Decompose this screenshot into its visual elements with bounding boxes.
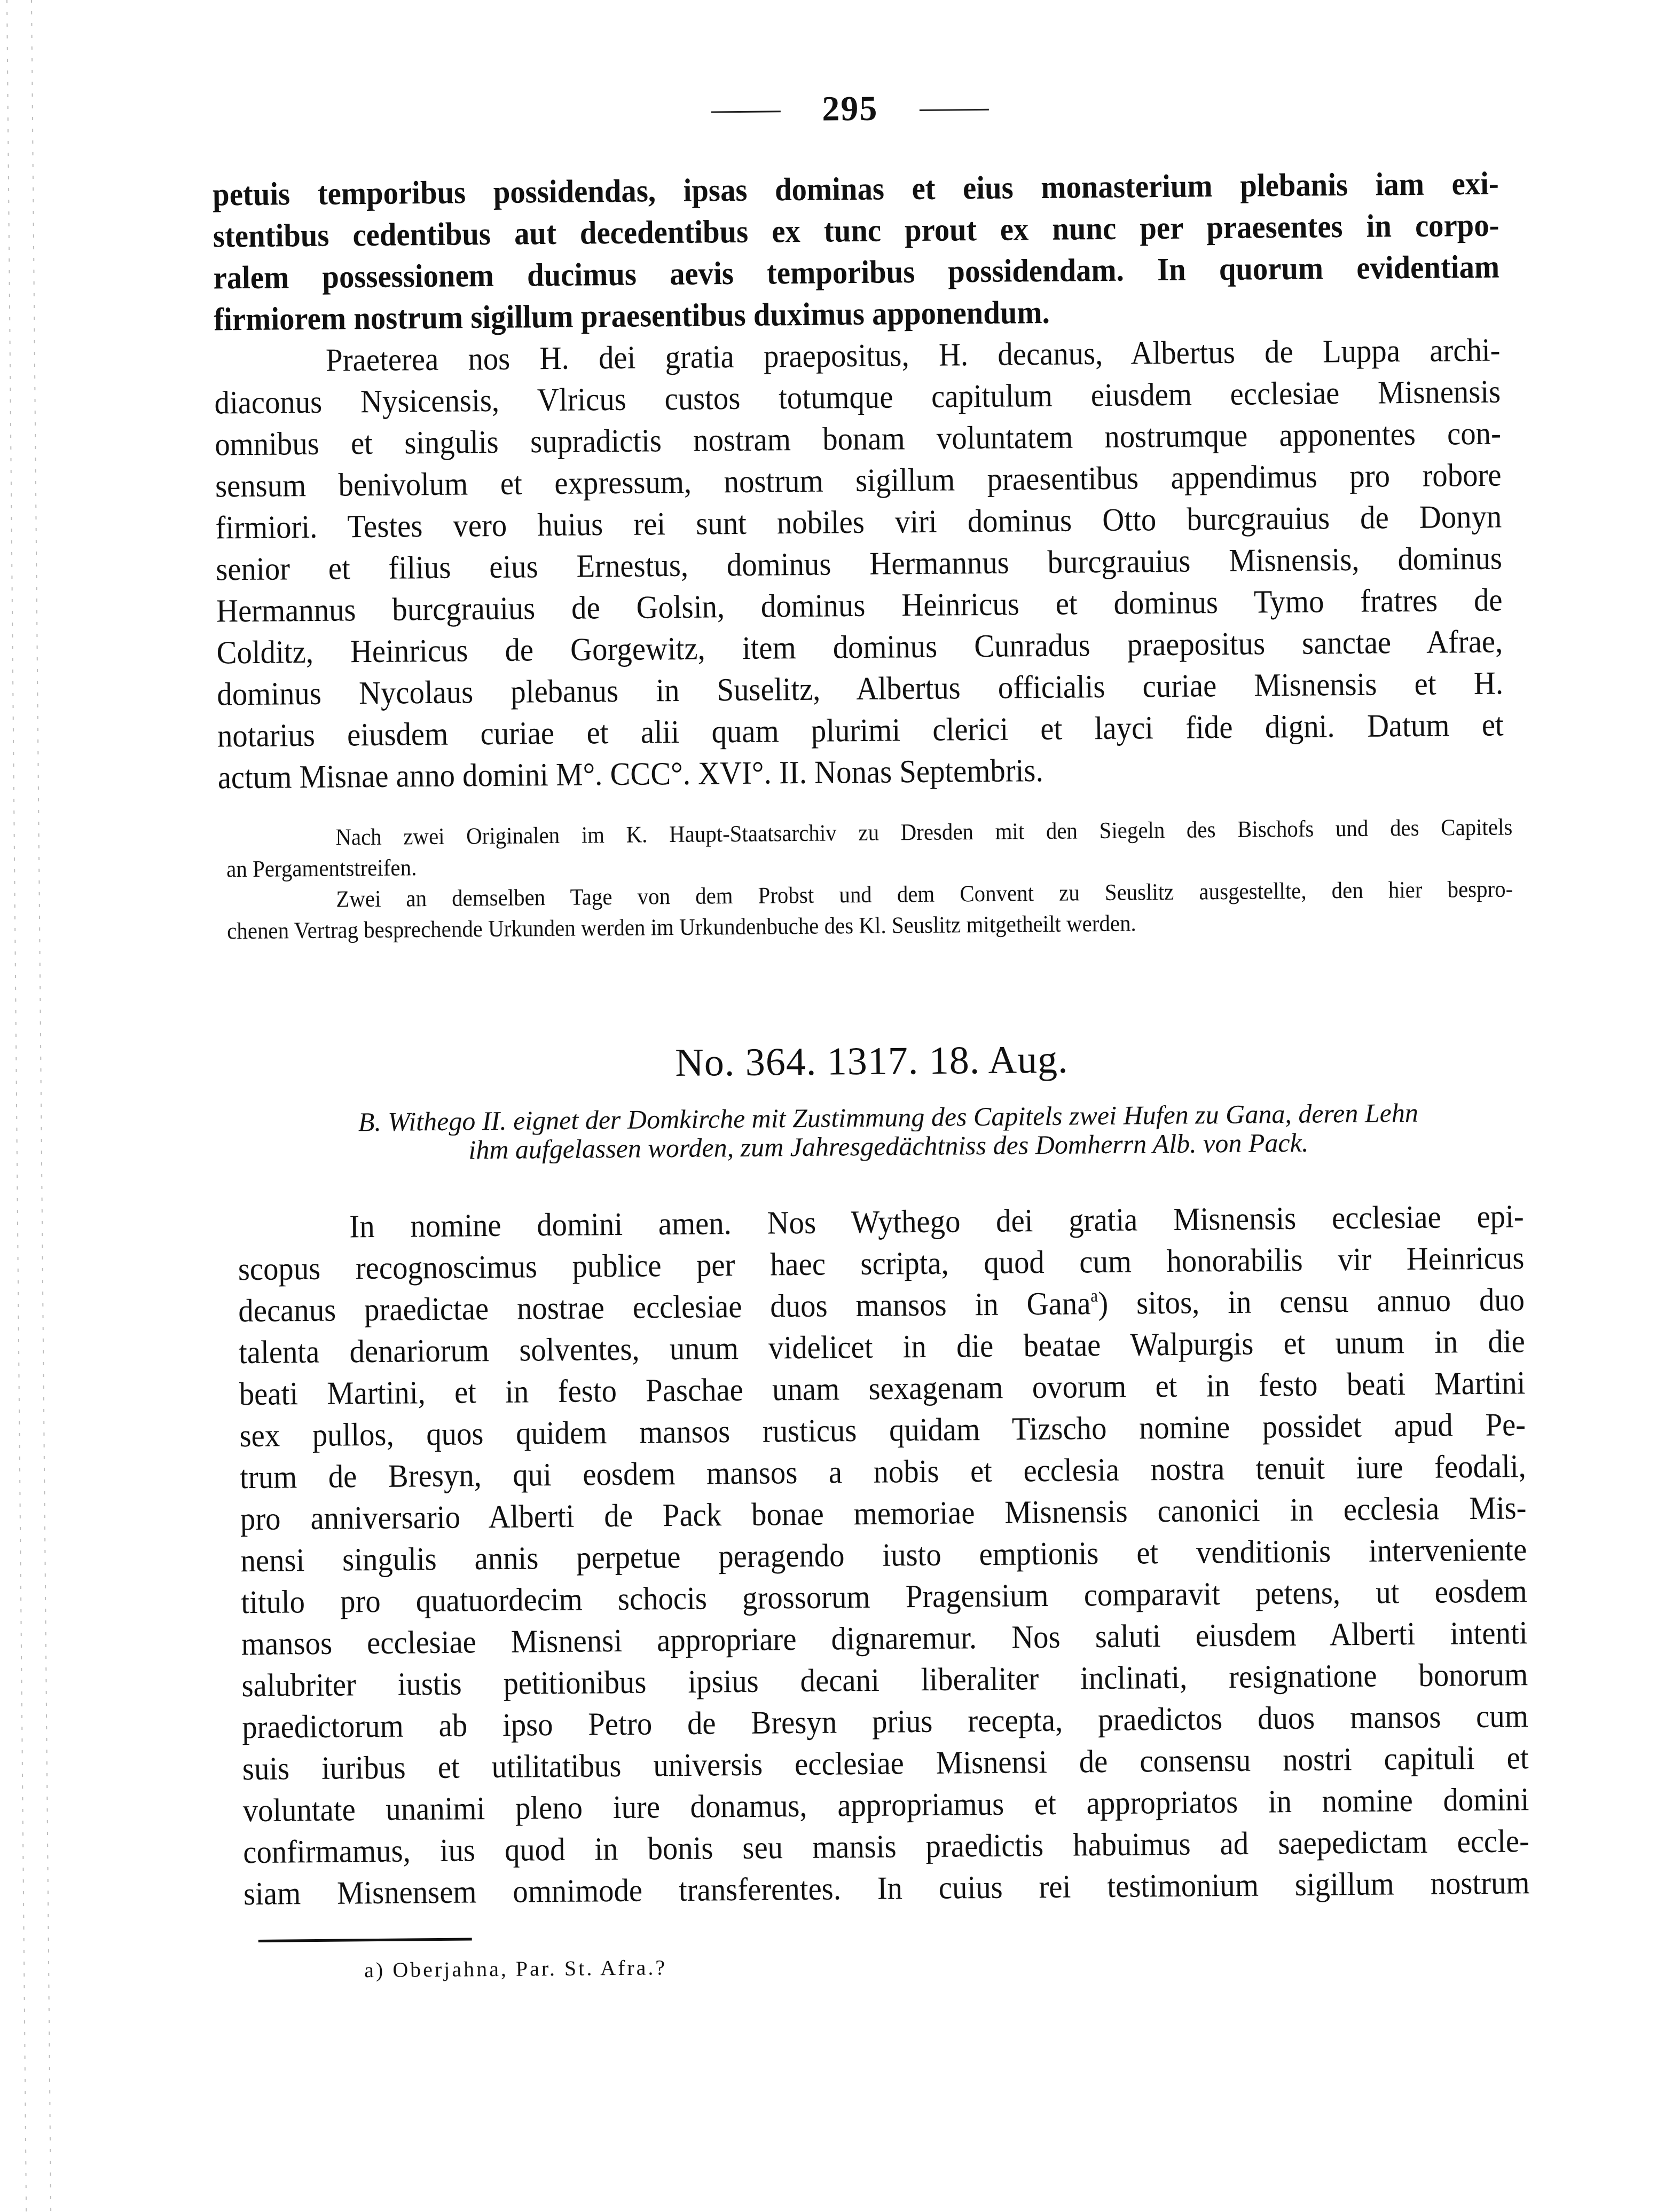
charter-heading: No. 364. 1317. 18. Aug. xyxy=(642,1037,1102,1087)
source-notes: Nach zwei Originalen im K. Haupt-Staatsa… xyxy=(226,812,1513,947)
header-dash-right xyxy=(920,108,989,111)
scanned-page: 295 petuis temporibus possidendas, ipsas… xyxy=(0,0,1657,2212)
footnote-marker: a xyxy=(1090,1286,1098,1306)
scan-edge-artifact xyxy=(6,0,27,2212)
continuation-paragraph-1: petuis temporibus possidendas, ipsas dom… xyxy=(213,163,1500,341)
scan-edge-artifact xyxy=(31,0,51,2211)
charter-body: In nomine domini amen. Nos Wythego dei g… xyxy=(238,1196,1530,1915)
page-number: 295 xyxy=(822,89,878,130)
charter-summary: B. Withego II. eignet der Domkirche mit … xyxy=(245,1097,1532,1166)
footnote-a: a) Oberjahna, Par. St. Afra.? xyxy=(364,1955,667,1982)
footnote-rule xyxy=(258,1938,472,1942)
text-fragment: decanus praedictae nostrae ecclesiae duo… xyxy=(238,1286,1091,1329)
page-header: 295 xyxy=(711,86,990,132)
text-fragment: ) sitos, in censu annuo duo xyxy=(1098,1282,1525,1321)
header-dash-left xyxy=(711,111,781,113)
continuation-paragraph-2: Praeterea nos H. dei gratia praepositus,… xyxy=(214,330,1504,799)
